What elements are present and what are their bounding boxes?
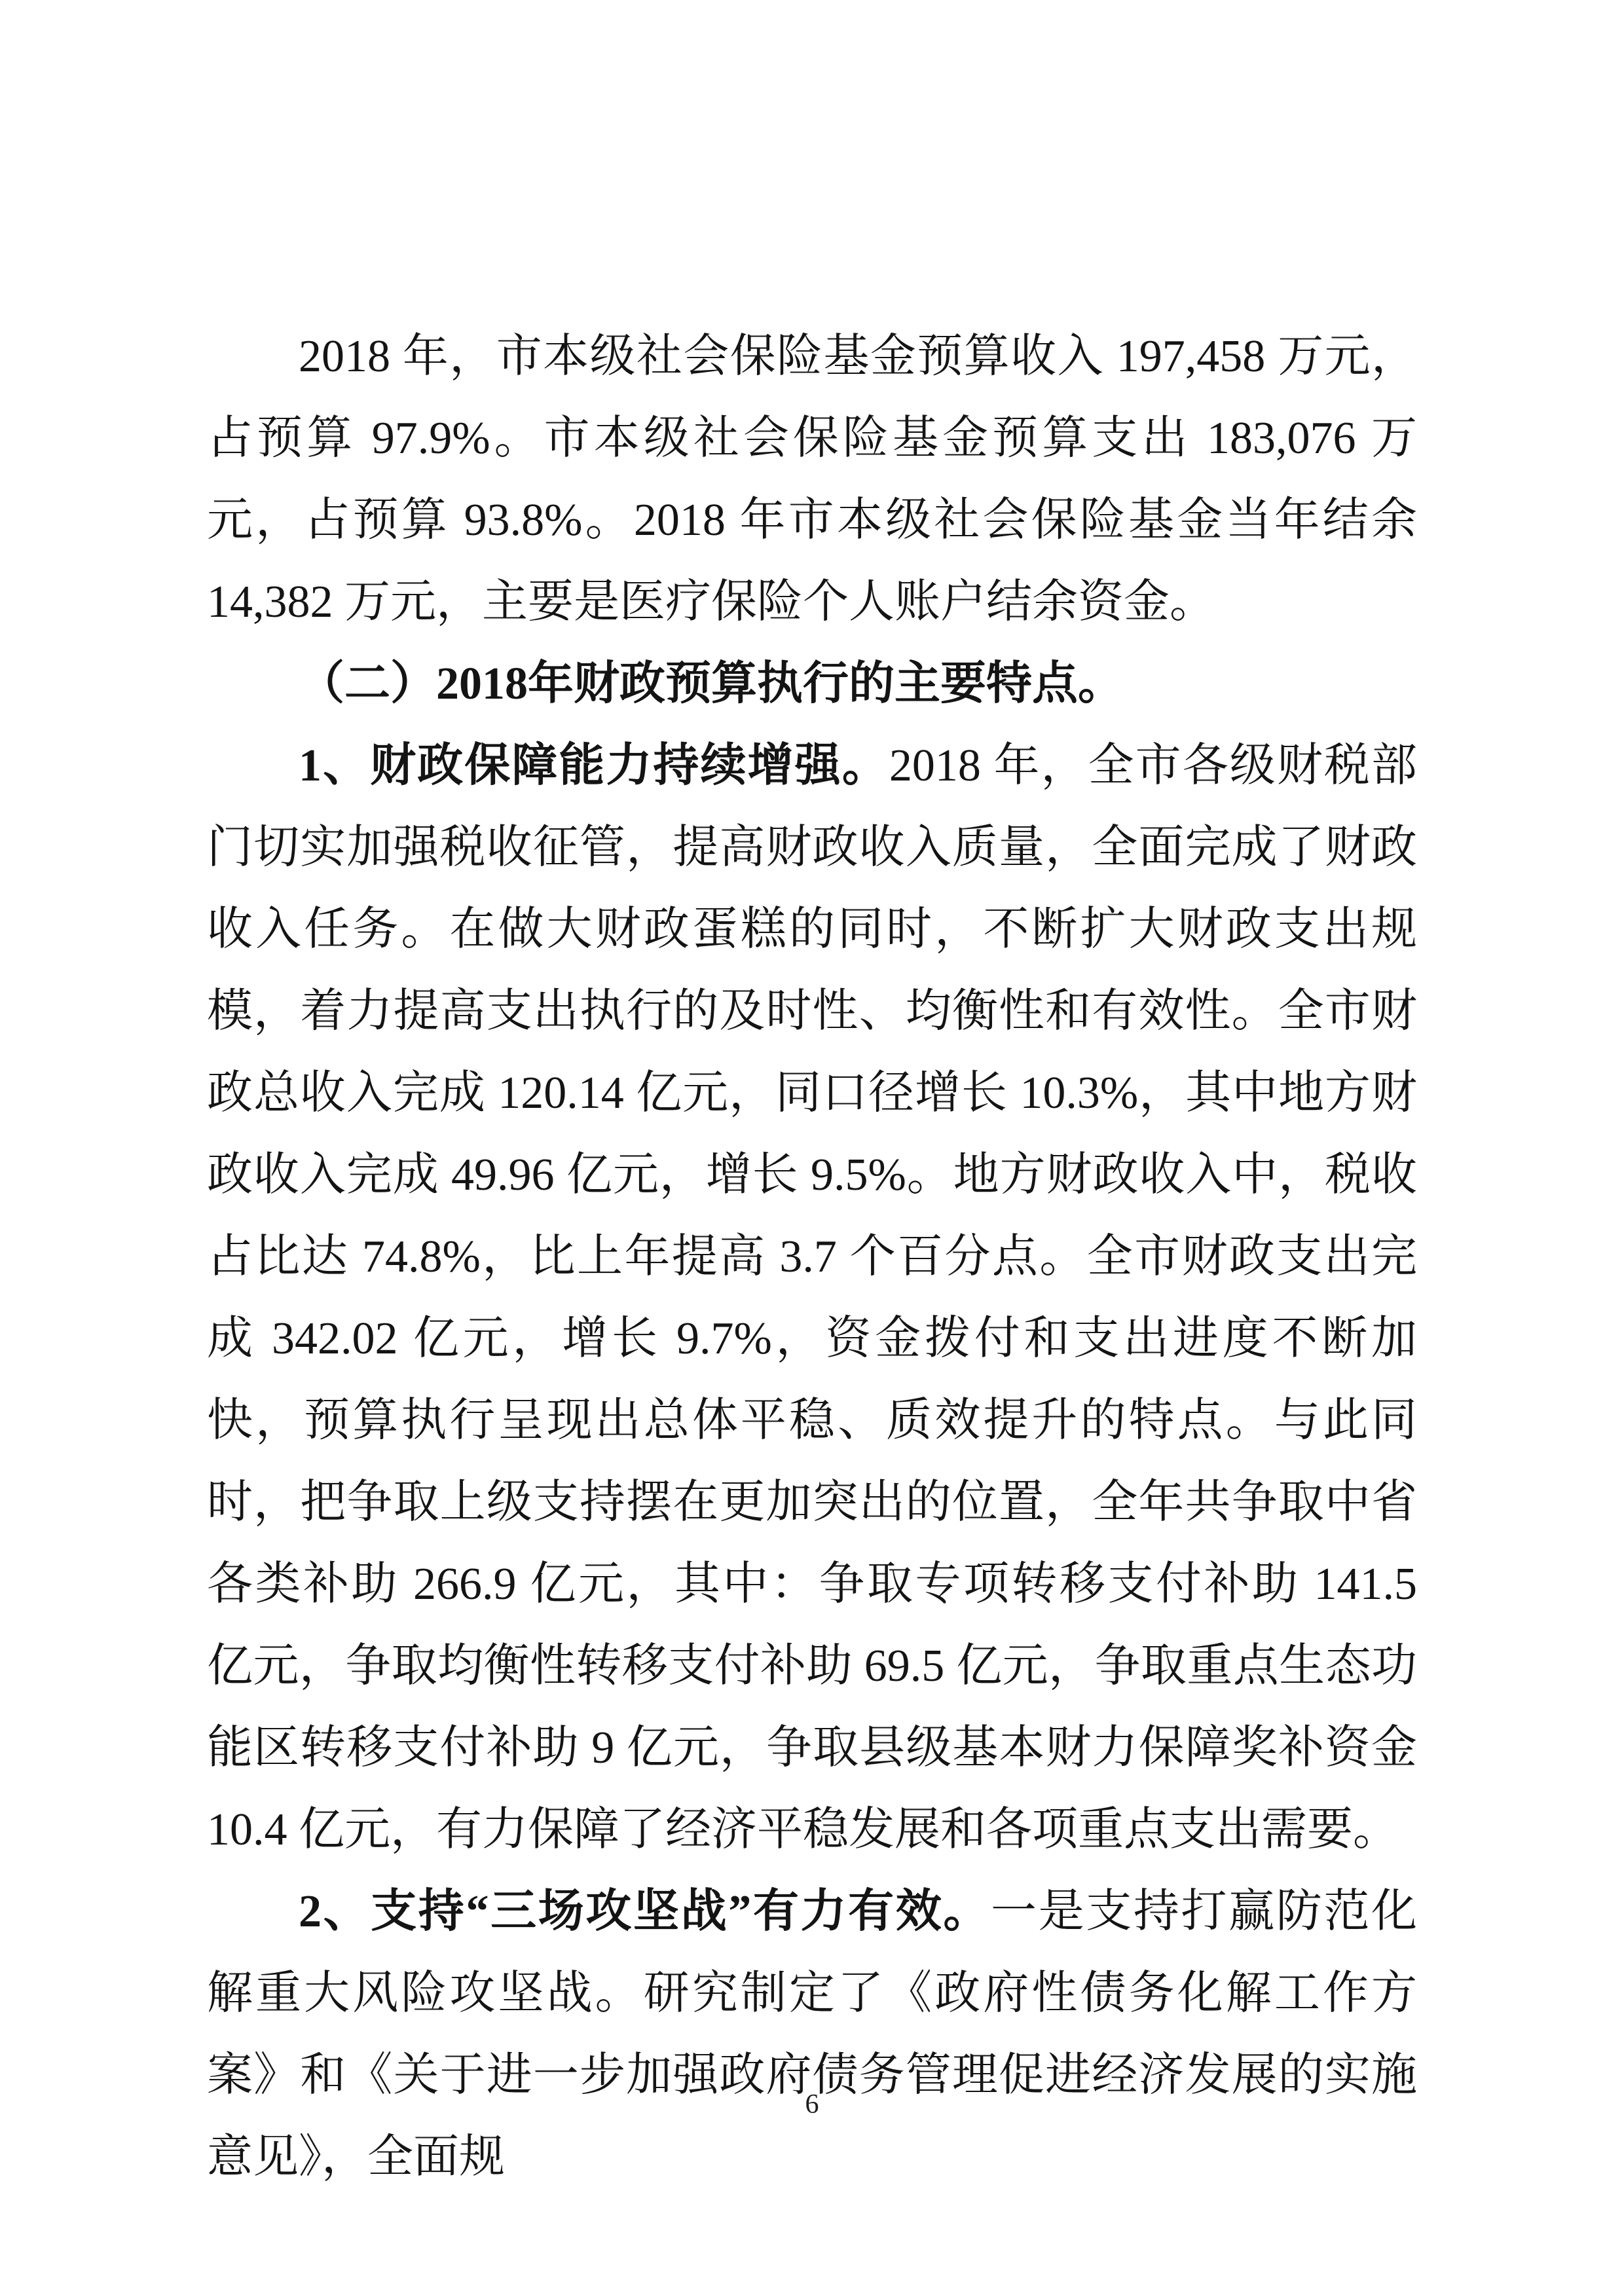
point1-lead-text: 1、财政保障能力持续增强。 bbox=[299, 741, 889, 791]
paragraph-point2-three-battles: 2、支持“三场攻坚战”有力有效。一是支持打赢防范化解重大风险攻坚战。研究制定了《… bbox=[207, 1871, 1417, 2198]
section-heading-budget-execution-features: （二）2018年财政预算执行的主要特点。 bbox=[207, 643, 1417, 725]
paragraph-point1-fiscal-capacity: 1、财政保障能力持续增强。2018 年，全市各级财税部门切实加强税收征管，提高财… bbox=[207, 725, 1417, 1871]
document-text: 2018 年，市本级社会保险基金预算收入 197,458 万元，占预算 97.9… bbox=[207, 316, 1417, 2198]
point1-body-text: 2018 年，全市各级财税部门切实加强税收征管，提高财政收入质量，全面完成了财政… bbox=[207, 741, 1417, 1855]
page-number: 6 bbox=[0, 2089, 1624, 2120]
document-page: 2018 年，市本级社会保险基金预算收入 197,458 万元，占预算 97.9… bbox=[0, 0, 1624, 2295]
paragraph-social-insurance-budget: 2018 年，市本级社会保险基金预算收入 197,458 万元，占预算 97.9… bbox=[207, 316, 1417, 643]
point2-lead-text: 2、支持“三场攻坚战”有力有效。 bbox=[299, 1886, 991, 1937]
